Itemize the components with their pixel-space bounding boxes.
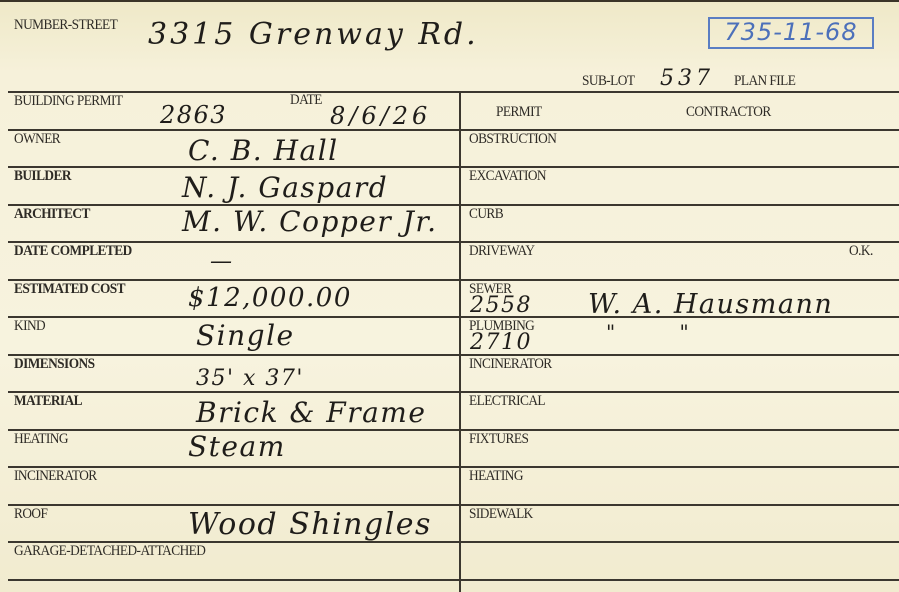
rule-line-left: [8, 316, 460, 318]
field-label: OWNER: [14, 132, 60, 147]
permit-number: 2558: [470, 295, 532, 317]
contractor-name: O.K.: [849, 244, 873, 259]
permit-type-label: INCINERATOR: [469, 357, 552, 372]
field-label: GARAGE-DETACHED-ATTACHED: [14, 544, 205, 559]
sub-lot-label: SUB-LOT: [582, 74, 634, 89]
field-value: $12,000.00: [188, 285, 352, 311]
permit-type-label: CURB: [469, 207, 503, 222]
permit-type-label: SIDEWALK: [469, 507, 533, 522]
column-divider: [459, 91, 461, 592]
permit-type-label: ELECTRICAL: [469, 394, 545, 409]
field-label: DIMENSIONS: [14, 357, 94, 372]
date-value: 8/6/26: [330, 104, 431, 128]
field-value: Brick & Frame: [196, 399, 426, 427]
field-label: KIND: [14, 319, 45, 334]
permit-type-label: EXCAVATION: [469, 169, 546, 184]
permit-type-label: OBSTRUCTION: [469, 132, 556, 147]
rule-line-right: [460, 579, 899, 581]
permit-column-header: PERMIT: [496, 105, 542, 120]
file-number-stamp: 735-11-68: [708, 17, 874, 49]
permit-number: 2710: [470, 332, 532, 354]
rule-line-right-top: [460, 91, 899, 93]
contractor-name: W. A. Hausmann: [588, 291, 833, 318]
contractor-name: " ": [606, 322, 690, 342]
field-label: INCINERATOR: [14, 469, 97, 484]
permit-type-label: DRIVEWAY: [469, 244, 535, 259]
field-label: BUILDER: [14, 169, 71, 184]
rule-line-left: [8, 579, 460, 581]
rule-line-right: [460, 279, 899, 281]
field-value: 35' x 37': [196, 368, 304, 390]
field-label: MATERIAL: [14, 394, 82, 409]
field-label: ROOF: [14, 507, 47, 522]
rule-line-right: [460, 541, 899, 543]
field-value: —: [210, 251, 234, 273]
permit-type-label: FIXTURES: [469, 432, 528, 447]
field-value: 2863: [160, 103, 227, 127]
rule-line-right: [460, 204, 899, 206]
number-street-value: 3315 Grenway Rd.: [148, 20, 479, 50]
field-value: C. B. Hall: [188, 137, 339, 165]
date-label: DATE: [290, 93, 322, 108]
rule-line-right: [460, 466, 899, 468]
number-street-label: NUMBER-STREET: [14, 18, 117, 33]
field-value: Wood Shingles: [188, 510, 432, 540]
field-value: M. W. Copper Jr.: [182, 208, 438, 236]
field-value: N. J. Gaspard: [182, 174, 388, 202]
field-value: Steam: [188, 433, 286, 461]
field-label: DATE COMPLETED: [14, 244, 132, 259]
field-label: ARCHITECT: [14, 207, 90, 222]
rule-line-left: [8, 504, 460, 506]
field-label: BUILDING PERMIT: [14, 94, 122, 109]
sub-lot-value: 537: [660, 68, 714, 90]
field-label: HEATING: [14, 432, 68, 447]
permit-type-label: HEATING: [469, 469, 523, 484]
field-label: ESTIMATED COST: [14, 282, 125, 297]
field-value: Single: [196, 322, 295, 350]
building-permit-card: NUMBER-STREET 3315 Grenway Rd. 735-11-68…: [0, 0, 899, 592]
contractor-column-header: CONTRACTOR: [686, 105, 771, 120]
plan-file-label: PLAN FILE: [734, 74, 795, 89]
